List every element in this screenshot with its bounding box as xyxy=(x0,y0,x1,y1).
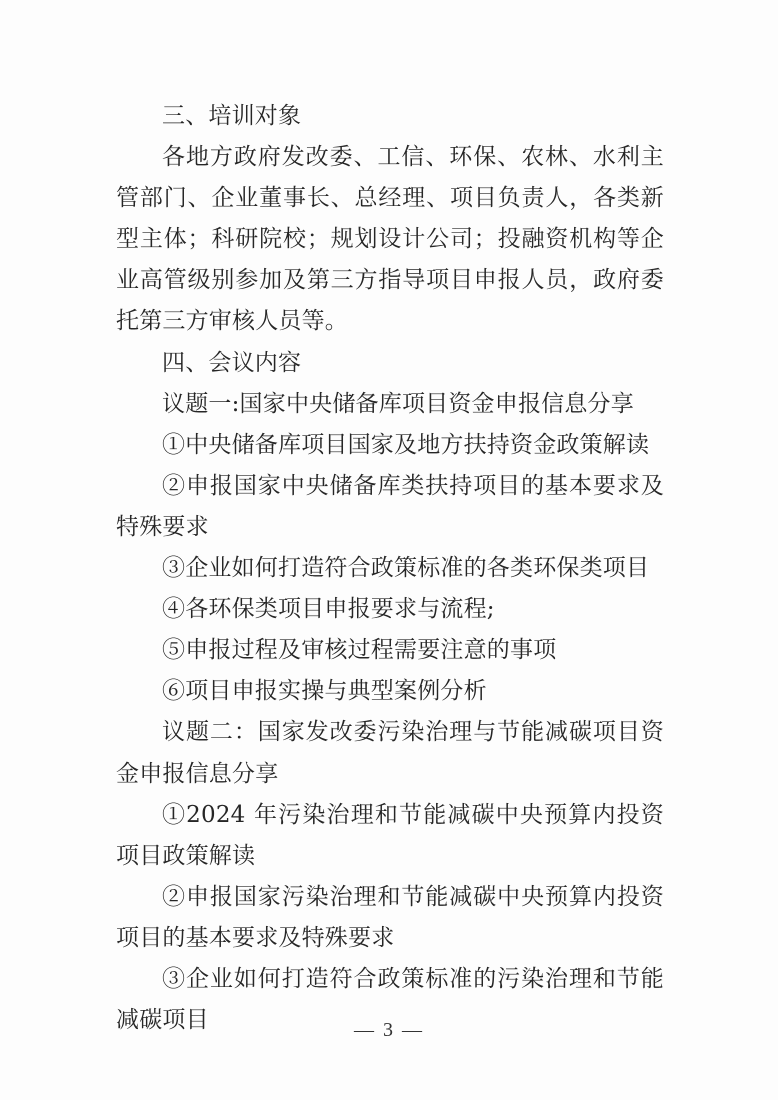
document-page: 三、培训对象 各地方政府发改委、工信、环保、农林、水利主管部门、企业董事长、总经… xyxy=(0,0,778,1100)
topic-2-item-2: ②申报国家污染治理和节能减碳中央预算内投资项目的基本要求及特殊要求 xyxy=(116,877,664,959)
topic-1-item-2: ②申报国家中央储备库类扶持项目的基本要求及特殊要求 xyxy=(116,466,664,548)
section-heading-training-audience: 三、培训对象 xyxy=(116,96,664,137)
document-body: 三、培训对象 各地方政府发改委、工信、环保、农林、水利主管部门、企业董事长、总经… xyxy=(116,96,664,1041)
topic-1-item-5: ⑤申报过程及审核过程需要注意的事项 xyxy=(116,630,664,671)
section-heading-meeting-content: 四、会议内容 xyxy=(116,343,664,384)
topic-2-item-1: ①2024 年污染治理和节能减碳中央预算内投资项目政策解读 xyxy=(116,795,664,877)
topic-1-item-4: ④各环保类项目申报要求与流程; xyxy=(116,589,664,630)
page-number: — 3 — xyxy=(0,1019,778,1042)
training-audience-paragraph: 各地方政府发改委、工信、环保、农林、水利主管部门、企业董事长、总经理、项目负责人… xyxy=(116,137,664,342)
topic-1-item-3: ③企业如何打造符合政策标准的各类环保类项目 xyxy=(116,548,664,589)
topic-1-item-1: ①中央储备库项目国家及地方扶持资金政策解读 xyxy=(116,425,664,466)
topic-2-title: 议题二：国家发改委污染治理与节能减碳项目资金申报信息分享 xyxy=(116,712,664,794)
topic-1-title: 议题一:国家中央储备库项目资金申报信息分享 xyxy=(116,384,664,425)
topic-1-item-6: ⑥项目申报实操与典型案例分析 xyxy=(116,671,664,712)
